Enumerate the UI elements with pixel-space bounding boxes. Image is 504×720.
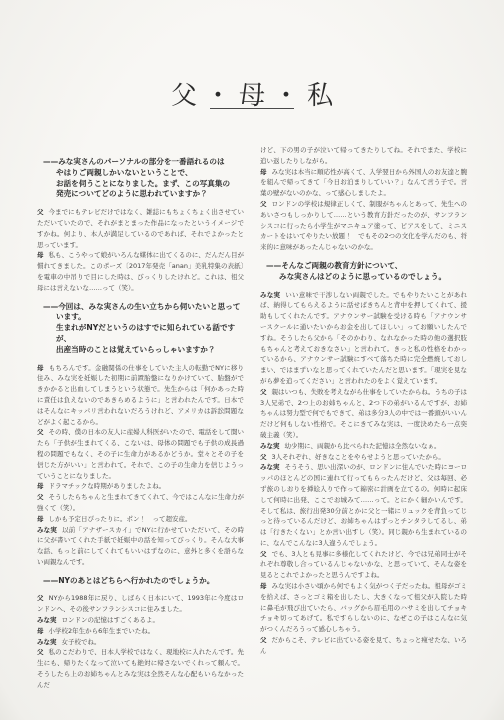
- paragraph-text: しかも予定日ぴったりに。ポン！ って超安産。: [49, 515, 192, 523]
- speaker-label: みな実: [37, 616, 57, 624]
- dialogue-paragraph: みな実女子校でね。: [37, 637, 244, 648]
- speaker-label: みな実: [37, 526, 57, 534]
- paragraph-text: ドラマチックな時期がありましたよね。: [49, 482, 166, 490]
- article-title: 父・母・私: [0, 75, 504, 112]
- paragraph-text: けど、下の男の子が泣いて帰ってきたりしてね。それでまた、学校に追い返したりしなが…: [260, 146, 467, 165]
- title-underline: [210, 108, 294, 109]
- dialogue-paragraph: みな実幼少期に、両親から比べられた記憶は全然ないなぁ。: [260, 441, 467, 452]
- paragraph-text: そうしたらちゃんと生まれてきてくれて、今ではこんなに生命力が強くて（笑）。: [37, 493, 244, 512]
- speaker-label: 父: [260, 453, 267, 461]
- paragraph-text: そうそう、思い出深いのが、ロンドンに住んでいた時にヨーロッパのほとんどの国に連れ…: [260, 463, 467, 547]
- paragraph-text: その時、僕の日本の友人に産婦人科医がいたので、電話をして聞いたら「子供が生まれて…: [37, 428, 244, 479]
- dialogue-paragraph: 母もちろんです。金融関係の仕事をしていた主人の転勤でNYに移り住み、みな実を妊娠…: [37, 363, 244, 428]
- dialogue-paragraph: 父今までにもテレビだけではなく、雑誌にもちょくちょく出させていただいていたので、…: [37, 207, 244, 250]
- dialogue-paragraph: 父親はいつも、失敗を考えながら仕事をしていたからね。うちの子は3人兄弟で、2つ上…: [260, 387, 467, 441]
- interview-question: ——今回は、みな実さんの生い立ちから伺いたいと思っています。 生まれがNYだとい…: [43, 302, 244, 356]
- dialogue-paragraph: 母しかも予定日ぴったりに。ポン！ って超安産。: [37, 514, 244, 525]
- speaker-label: 母: [260, 168, 267, 176]
- paragraph-text: いい意味で干渉しない両親でした。でもやりたいことがあれば、納得してもらえるように…: [260, 291, 467, 385]
- dialogue-paragraph: 父だからこそ、テレビに出ている姿を見て、ちょっと痩せたな、いろん: [260, 635, 467, 657]
- paragraph-text: 親はいつも、失敗を考えながら仕事をしていたからね。うちの子は3人兄弟で、2つ上の…: [260, 388, 467, 439]
- speaker-label: 父: [37, 493, 44, 501]
- right-column: けど、下の男の子が泣いて帰ってきたりしてね。それでまた、学校に追い返したりしなが…: [260, 145, 467, 691]
- dialogue-paragraph: 父ロンドンの学校は規律正しくて、制服がちゃんとあって、先生へのあいさつもしっかり…: [260, 199, 467, 253]
- magazine-page: 父・母・私 ——みな実さんのパーソナルの部分を一番語れるのは やはりご両親しかい…: [0, 0, 504, 720]
- interview-question: ——NYのあとはどちらへ行かれたのでしょうか。: [43, 576, 244, 587]
- dialogue-paragraph: 父NYから1988年に戻り、しばらく日本にいて、1993年に今度はロンドンへ、そ…: [37, 593, 244, 615]
- dialogue-paragraph: みな実以前「アナザースカイ」でNYに行かせていただいて、その時に父が書いてくれた…: [37, 525, 244, 568]
- dialogue-paragraph: 父その時、僕の日本の友人に産婦人科医がいたので、電話をして聞いたら「子供が生まれ…: [37, 427, 244, 481]
- left-column: ——みな実さんのパーソナルの部分を一番語れるのは やはりご両親しかいないというこ…: [37, 145, 244, 691]
- dialogue-paragraph-continuation: けど、下の男の子が泣いて帰ってきたりしてね。それでまた、学校に追い返したりしなが…: [260, 145, 467, 167]
- paragraph-text: 今までにもテレビだけではなく、雑誌にもちょくちょく出させていただいていたので、そ…: [37, 208, 244, 248]
- speaker-label: 父: [37, 648, 44, 656]
- speaker-label: 母: [37, 627, 44, 635]
- speaker-label: みな実: [260, 463, 280, 471]
- dialogue-paragraph: 母小学校2年生から6年生までいたね。: [37, 626, 244, 637]
- speaker-label: みな実: [37, 638, 57, 646]
- speaker-label: 母: [260, 582, 267, 590]
- paragraph-text: もちろんです。金融関係の仕事をしていた主人の転勤でNYに移り住み、みな実を妊娠し…: [37, 364, 244, 426]
- paragraph-text: みな実は小さい頃から何でもよく気がつく子だったね。祖母がゴミを拾えば、さっとゴミ…: [260, 582, 467, 633]
- paragraph-text: 以前「アナザースカイ」でNYに行かせていただいて、その時に父が書いてくれた手紙で…: [37, 526, 244, 566]
- speaker-label: みな実: [260, 442, 280, 450]
- speaker-label: 父: [37, 594, 44, 602]
- dialogue-paragraph: みな実いい意味で干渉しない両親でした。でもやりたいことがあれば、納得してもらえる…: [260, 290, 467, 387]
- speaker-label: 父: [260, 388, 267, 396]
- paragraph-text: 私も、こうやって娘がいろんな媒体に出てくるのに、だんだん目が慣れてきました。この…: [37, 251, 244, 291]
- paragraph-text: 幼少期に、両親から比べられた記憶は全然ないなぁ。: [285, 442, 441, 450]
- paragraph-text: ロンドンの記憶はすごくあるよ。: [62, 616, 160, 624]
- dialogue-paragraph: 父私のこだわりで、日本人学校ではなく、現地校に入れたんです。先生にも、帰りたくな…: [37, 647, 244, 690]
- paragraph-text: 3人それぞれ、好きなことをやらせようと思っていたから。: [272, 453, 445, 461]
- speaker-label: 父: [260, 550, 267, 558]
- paragraph-text: NYから1988年に戻り、しばらく日本にいて、1993年に今度はロンドンへ、その…: [37, 594, 244, 613]
- dialogue-paragraph: 母みな実は小さい頃から何でもよく気がつく子だったね。祖母がゴミを拾えば、さっとゴ…: [260, 581, 467, 635]
- interview-question: ——みな実さんのパーソナルの部分を一番語れるのは やはりご両親しかいないというこ…: [43, 157, 244, 200]
- article-columns: ——みな実さんのパーソナルの部分を一番語れるのは やはりご両親しかいないというこ…: [37, 145, 467, 691]
- dialogue-paragraph: 母みな実は本当に順応性が高くて、入学翌日から外国人のお友達と腕を組んで帰ってきて…: [260, 167, 467, 199]
- dialogue-paragraph: 母私も、こうやって娘がいろんな媒体に出てくるのに、だんだん目が慣れてきました。こ…: [37, 250, 244, 293]
- speaker-label: 母: [37, 515, 44, 523]
- speaker-label: 母: [37, 251, 44, 259]
- speaker-label: 父: [37, 208, 44, 216]
- dialogue-paragraph: 父3人それぞれ、好きなことをやらせようと思っていたから。: [260, 452, 467, 463]
- paragraph-text: ロンドンの学校は規律正しくて、制服がちゃんとあって、先生へのあいさつもしっかりし…: [260, 200, 467, 251]
- dialogue-paragraph: 父でも、3人とも見事に多様化してくれたけど、今では兄弟同士がそれぞれ尊敬し合って…: [260, 549, 467, 581]
- dialogue-paragraph: みな実ロンドンの記憶はすごくあるよ。: [37, 615, 244, 626]
- speaker-label: 父: [260, 200, 267, 208]
- dialogue-paragraph: 母ドラマチックな時期がありましたよね。: [37, 481, 244, 492]
- dialogue-paragraph: 父そうしたらちゃんと生まれてきてくれて、今ではこんなに生命力が強くて（笑）。: [37, 492, 244, 514]
- paragraph-text: でも、3人とも見事に多様化してくれたけど、今では兄弟同士がそれぞれ尊敬し合ってい…: [260, 550, 467, 580]
- interview-question: ——そんなご両親の教育方針について、 みな実さんはどのように思っているのでしょう…: [266, 261, 467, 283]
- paragraph-text: みな実は本当に順応性が高くて、入学翌日から外国人のお友達と腕を組んで帰ってきて「…: [260, 168, 467, 198]
- dialogue-paragraph: みな実そうそう、思い出深いのが、ロンドンに住んでいた時にヨーロッパのほとんどの国…: [260, 462, 467, 548]
- paragraph-text: 私のこだわりで、日本人学校ではなく、現地校に入れたんです。先生にも、帰りたくなっ…: [37, 648, 244, 688]
- paragraph-text: だからこそ、テレビに出ている姿を見て、ちょっと痩せたな、いろん: [260, 636, 467, 655]
- speaker-label: 父: [37, 428, 44, 436]
- paragraph-text: 小学校2年生から6年生までいたね。: [49, 627, 155, 635]
- paragraph-text: 女子校でね。: [62, 638, 101, 646]
- speaker-label: 母: [37, 364, 44, 372]
- speaker-label: 父: [260, 636, 267, 644]
- speaker-label: 母: [37, 482, 44, 490]
- speaker-label: みな実: [260, 291, 280, 299]
